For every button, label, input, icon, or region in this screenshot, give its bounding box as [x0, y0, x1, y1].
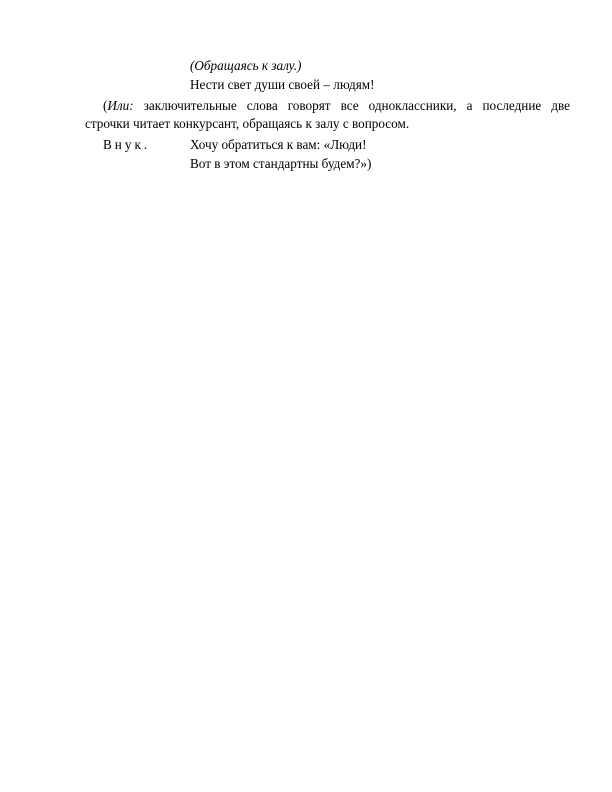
speech-line: Хочу обратиться к вам: «Люди! — [190, 137, 366, 153]
verse-line: Нести свет души своей – людям! — [190, 77, 375, 93]
note-text-a: заключительные слова говорят все однокла… — [134, 98, 570, 113]
speaker-name: Внук. — [103, 137, 150, 153]
stage-direction: (Обращаясь к залу.) — [190, 58, 301, 74]
note-label: Или: — [107, 98, 133, 113]
speech-line: Вот в этом стандартны будем?») — [190, 156, 371, 172]
note-paragraph-line-1: (Или: заключительные слова говорят все о… — [103, 98, 570, 114]
note-paragraph-line-2: строчки читает конкурсант, обращаясь к з… — [85, 116, 409, 132]
